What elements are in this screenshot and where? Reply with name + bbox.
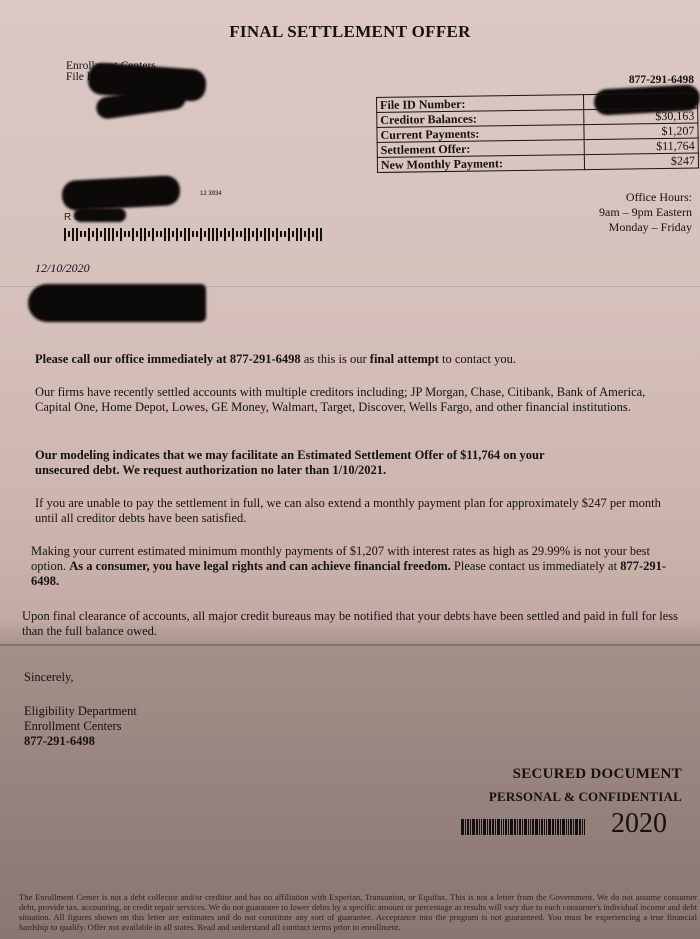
postal-barcode xyxy=(64,227,331,241)
text-fragment: to contact you. xyxy=(439,352,516,366)
secured-label: SECURED DOCUMENT xyxy=(489,766,682,783)
paragraph-settlement-offer: Our modeling indicates that we may facil… xyxy=(35,448,595,478)
paragraph-legal-rights: Making your current estimated minimum mo… xyxy=(31,544,681,589)
row-value: $247 xyxy=(584,153,698,170)
paragraph-payment-plan: If you are unable to pay the settlement … xyxy=(35,496,675,526)
office-hours-time: 9am – 9pm Eastern xyxy=(599,205,692,220)
final-attempt-emphasis: final attempt xyxy=(370,352,439,366)
secured-document-stamp: SECURED DOCUMENT PERSONAL & CONFIDENTIAL xyxy=(489,766,682,805)
paragraph-creditors: Our firms have recently settled accounts… xyxy=(35,385,675,415)
call-now-phone: Please call our office immediately at 87… xyxy=(35,352,301,366)
signature-block: Eligibility Department Enrollment Center… xyxy=(24,704,137,749)
text-fragment: Please contact us immediately at xyxy=(451,559,620,573)
document-title: FINAL SETTLEMENT OFFER xyxy=(0,22,700,42)
row-value xyxy=(583,93,697,110)
row-value: $11,764 xyxy=(584,138,698,155)
row-label: New Monthly Payment: xyxy=(377,155,584,173)
signature-department: Eligibility Department xyxy=(24,704,137,719)
confidential-label: PERSONAL & CONFIDENTIAL xyxy=(489,789,682,805)
letter-date: 12/10/2020 xyxy=(35,261,90,276)
office-hours: Office Hours: 9am – 9pm Eastern Monday –… xyxy=(599,190,692,235)
office-hours-label: Office Hours: xyxy=(599,190,692,205)
legal-rights-emphasis: As a consumer, you have legal rights and… xyxy=(69,559,451,573)
office-hours-days: Monday – Friday xyxy=(599,220,692,235)
document-year: 2020 xyxy=(611,808,667,840)
text-fragment: as this is our xyxy=(301,352,370,366)
redaction-mark xyxy=(28,284,206,322)
account-summary-table: File ID Number: Creditor Balances: $30,1… xyxy=(376,93,699,173)
mail-sort-number: 12 3934 xyxy=(200,191,222,197)
row-value: $30,163 xyxy=(584,108,698,125)
legal-disclaimer: The Enrollment Center is not a debt coll… xyxy=(19,892,697,932)
paper-fold-line xyxy=(0,644,700,646)
redaction-mark xyxy=(61,175,180,211)
redaction-mark xyxy=(74,208,126,222)
signature-company: Enrollment Centers xyxy=(24,719,137,734)
document-barcode xyxy=(461,819,585,835)
paragraph-call-now: Please call our office immediately at 87… xyxy=(35,352,685,367)
row-value: $1,207 xyxy=(584,123,698,140)
signature-phone: 877-291-6498 xyxy=(24,734,137,749)
table-row: New Monthly Payment: $247 xyxy=(377,153,698,172)
signoff: Sincerely, xyxy=(24,670,74,685)
paragraph-credit-bureaus: Upon final clearance of accounts, all ma… xyxy=(22,609,697,639)
